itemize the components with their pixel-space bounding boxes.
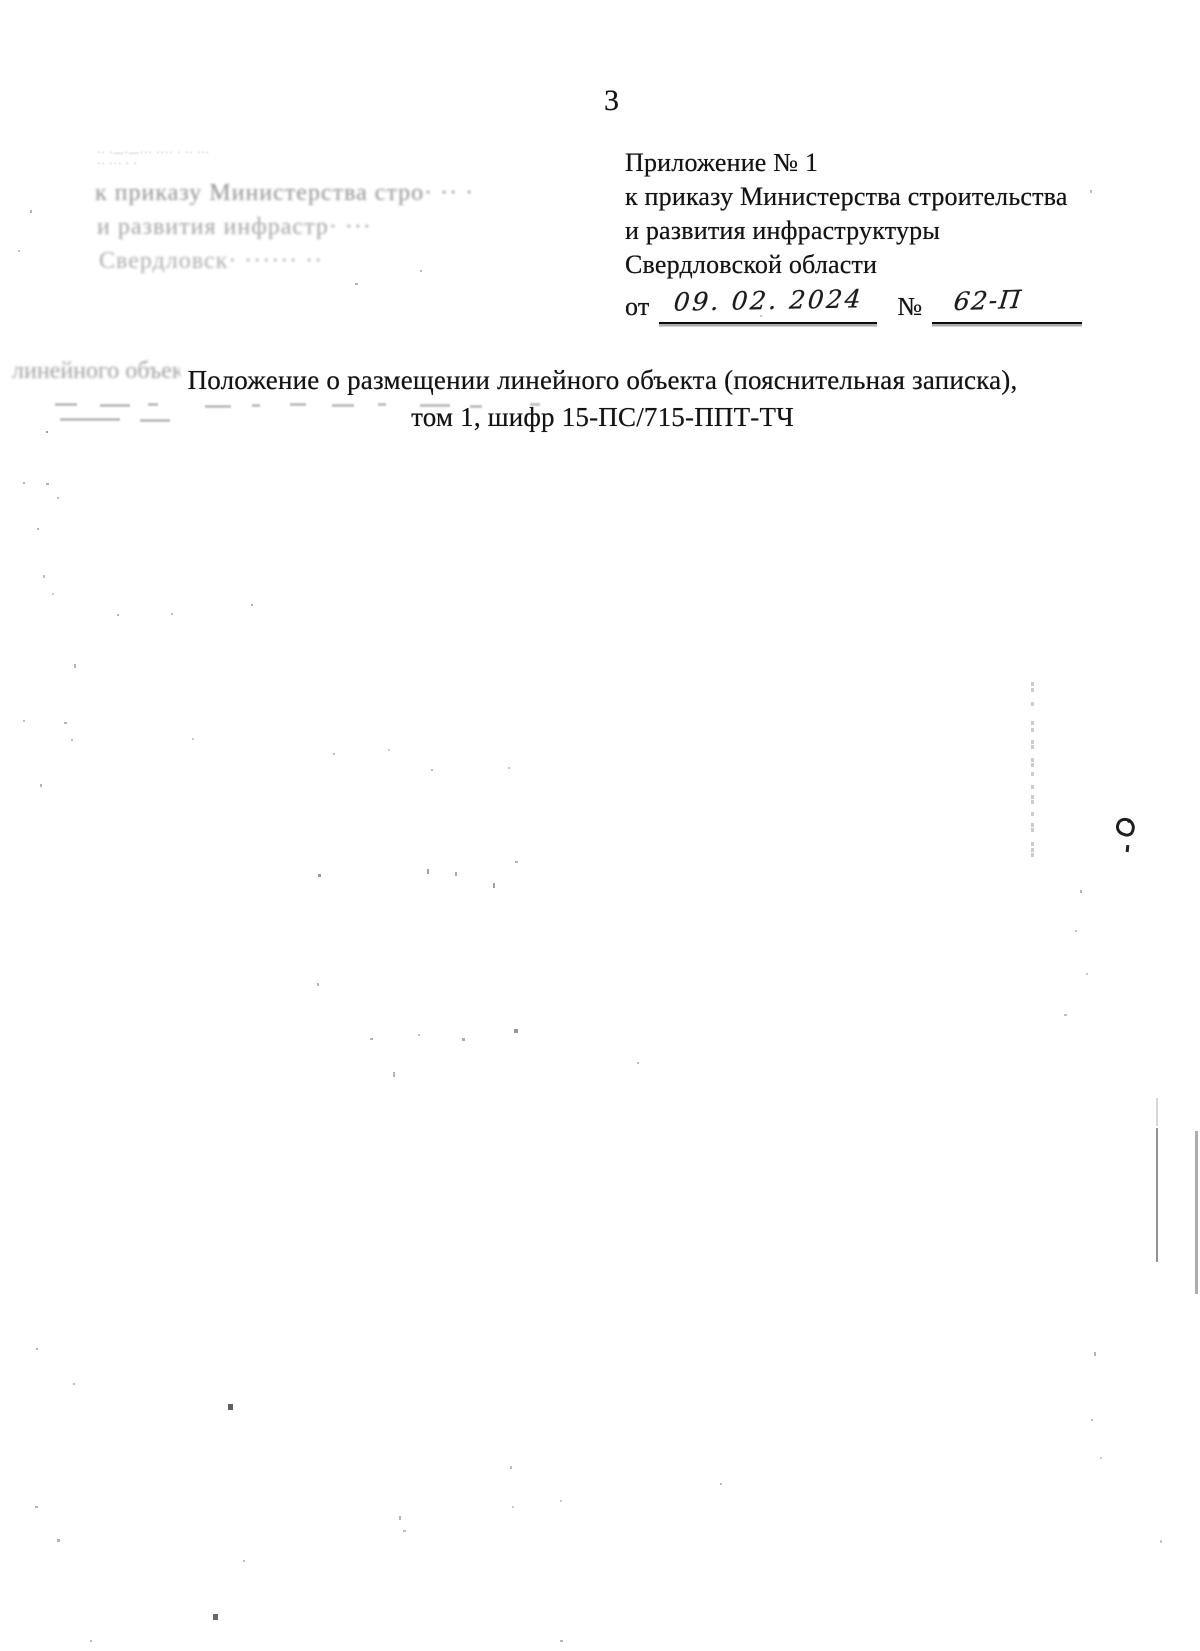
scan-dot bbox=[1031, 728, 1034, 732]
scan-speck bbox=[560, 1500, 562, 1502]
scan-speck bbox=[30, 210, 32, 213]
scan-dot bbox=[1031, 800, 1034, 804]
scan-speck bbox=[36, 1348, 38, 1350]
number-fill-in-field: 62-П bbox=[932, 284, 1082, 324]
ghost-dash bbox=[252, 404, 260, 407]
date-from-label: от bbox=[625, 290, 649, 324]
scan-speck bbox=[35, 1506, 38, 1508]
scan-speck bbox=[427, 869, 429, 874]
scan-speck bbox=[317, 983, 319, 986]
number-sign-label: № bbox=[897, 290, 922, 324]
ghost-dash bbox=[205, 405, 231, 408]
scan-speck bbox=[493, 883, 495, 888]
scan-speck bbox=[560, 1640, 563, 1642]
scan-speck bbox=[333, 753, 335, 755]
scan-speck bbox=[760, 315, 762, 317]
scan-speck bbox=[192, 738, 194, 740]
date-fill-in-field: 09. 02. 2024 bbox=[659, 284, 877, 324]
scan-speck bbox=[455, 872, 457, 876]
scan-speck bbox=[1064, 1014, 1067, 1016]
scan-speck bbox=[418, 1034, 420, 1036]
ghost-dash bbox=[420, 404, 450, 407]
scan-dot bbox=[1031, 758, 1034, 762]
scan-speck bbox=[1090, 190, 1092, 193]
scan-dot bbox=[1031, 763, 1034, 767]
scan-dot bbox=[1031, 682, 1034, 686]
ghost-text-line: ·· ·—·—··· ···· · ·· ··· ·· ··· · · bbox=[97, 148, 210, 170]
scan-dot bbox=[1031, 848, 1034, 852]
scan-speck bbox=[508, 767, 510, 769]
scan-speck bbox=[23, 482, 25, 484]
scan-dot bbox=[1031, 721, 1034, 725]
scan-speck bbox=[420, 270, 422, 272]
appendix-line-3: и развития инфраструктуры bbox=[625, 214, 1095, 248]
scan-speck bbox=[399, 1516, 401, 1520]
scan-speck bbox=[1086, 973, 1088, 975]
scan-speck bbox=[637, 1062, 639, 1064]
ghost-dash bbox=[100, 404, 130, 407]
scan-dot bbox=[1031, 785, 1034, 789]
scan-dot bbox=[1031, 842, 1034, 846]
scanned-document-page: 3 ·· ·—·—··· ···· · ·· ··· ·· ··· · · к … bbox=[0, 0, 1200, 1651]
scan-dot bbox=[1031, 823, 1034, 827]
scan-speck bbox=[1075, 930, 1077, 932]
scan-speck bbox=[64, 722, 67, 724]
scan-speck bbox=[43, 575, 45, 578]
ghost-dash bbox=[290, 403, 306, 406]
scan-speck bbox=[71, 739, 73, 741]
ghost-dash bbox=[140, 419, 170, 422]
scan-vertical-line bbox=[1156, 1098, 1158, 1126]
ghost-dash bbox=[60, 418, 120, 421]
scan-dot bbox=[1031, 812, 1034, 816]
ghost-text-line: к приказу Министерства стро· ·· · bbox=[95, 181, 474, 205]
scan-dot bbox=[1031, 828, 1034, 832]
scan-speck bbox=[243, 1560, 245, 1562]
scan-speck bbox=[171, 613, 173, 615]
scan-speck bbox=[117, 614, 119, 616]
document-title: Положение о размещении линейного объекта… bbox=[0, 362, 1200, 436]
scan-speck bbox=[52, 593, 54, 595]
scan-speck bbox=[1100, 1457, 1102, 1459]
handwritten-date: 09. 02. 2024 bbox=[672, 284, 864, 317]
order-date-number-row: от 09. 02. 2024 № 62-П bbox=[625, 284, 1095, 324]
scan-speck bbox=[720, 1483, 722, 1485]
scan-speck bbox=[370, 1038, 373, 1040]
scan-speck bbox=[1080, 890, 1082, 893]
scan-speck bbox=[18, 250, 20, 252]
scan-speck bbox=[512, 1506, 514, 1508]
scan-speck bbox=[57, 497, 59, 499]
scan-dot bbox=[1031, 688, 1034, 692]
appendix-header-block: Приложение № 1 к приказу Министерства ст… bbox=[625, 146, 1095, 324]
scan-speck bbox=[431, 769, 433, 771]
scan-speck bbox=[46, 431, 48, 433]
scan-speck bbox=[251, 604, 253, 606]
scan-speck bbox=[393, 1072, 395, 1077]
scan-vertical-line bbox=[1195, 1131, 1198, 1294]
scan-dot bbox=[1031, 795, 1034, 799]
scan-dot bbox=[1031, 772, 1034, 776]
scan-speck bbox=[213, 1614, 218, 1620]
ink-blot-artifact bbox=[1114, 816, 1138, 839]
scan-speck bbox=[388, 749, 390, 751]
scan-dot bbox=[1031, 745, 1034, 749]
ghost-dash bbox=[530, 403, 540, 406]
scan-speck bbox=[1091, 1419, 1093, 1421]
scan-speck bbox=[90, 1640, 92, 1642]
scan-speck bbox=[228, 1404, 233, 1410]
ghost-dash bbox=[378, 403, 386, 406]
scan-speck bbox=[40, 784, 42, 787]
scan-speck bbox=[514, 1029, 518, 1033]
document-title-line-1: Положение о размещении линейного объекта… bbox=[0, 362, 1200, 399]
ink-tick-artifact bbox=[1126, 845, 1129, 852]
scan-dot bbox=[1031, 853, 1034, 857]
appendix-line-2: к приказу Министерства строительства bbox=[625, 180, 1095, 214]
scan-speck bbox=[73, 1383, 75, 1385]
scan-speck bbox=[57, 1539, 60, 1542]
scan-speck bbox=[1094, 1352, 1096, 1356]
ghost-dash bbox=[332, 404, 354, 407]
ghost-text-line: Свердловск· ······ ·· bbox=[99, 249, 323, 273]
page-number: 3 bbox=[604, 86, 619, 116]
ghost-text-line: и развития инфрастр· ··· bbox=[97, 215, 372, 239]
scan-dot bbox=[1031, 702, 1034, 706]
appendix-line-1: Приложение № 1 bbox=[625, 146, 1095, 180]
scan-speck bbox=[510, 1466, 512, 1469]
scan-speck bbox=[462, 1038, 465, 1041]
scan-dot bbox=[1031, 740, 1034, 744]
ghost-dash bbox=[148, 403, 158, 406]
scan-speck bbox=[1160, 1540, 1162, 1543]
scan-speck bbox=[37, 528, 39, 530]
scan-speck bbox=[355, 283, 358, 285]
scan-vertical-line bbox=[1156, 1128, 1158, 1262]
ghost-dash bbox=[470, 405, 482, 408]
scan-speck bbox=[515, 861, 518, 863]
ghost-dash bbox=[55, 403, 77, 406]
appendix-line-4: Свердловской области bbox=[625, 248, 1095, 282]
scan-speck bbox=[46, 483, 49, 485]
handwritten-order-number: 62-П bbox=[953, 285, 1025, 317]
scan-speck bbox=[403, 1530, 406, 1532]
scan-speck bbox=[23, 720, 25, 722]
scan-speck bbox=[74, 664, 76, 668]
scan-speck bbox=[318, 874, 321, 877]
document-title-line-2: том 1, шифр 15-ПС/715-ППТ-ТЧ bbox=[0, 399, 1200, 436]
